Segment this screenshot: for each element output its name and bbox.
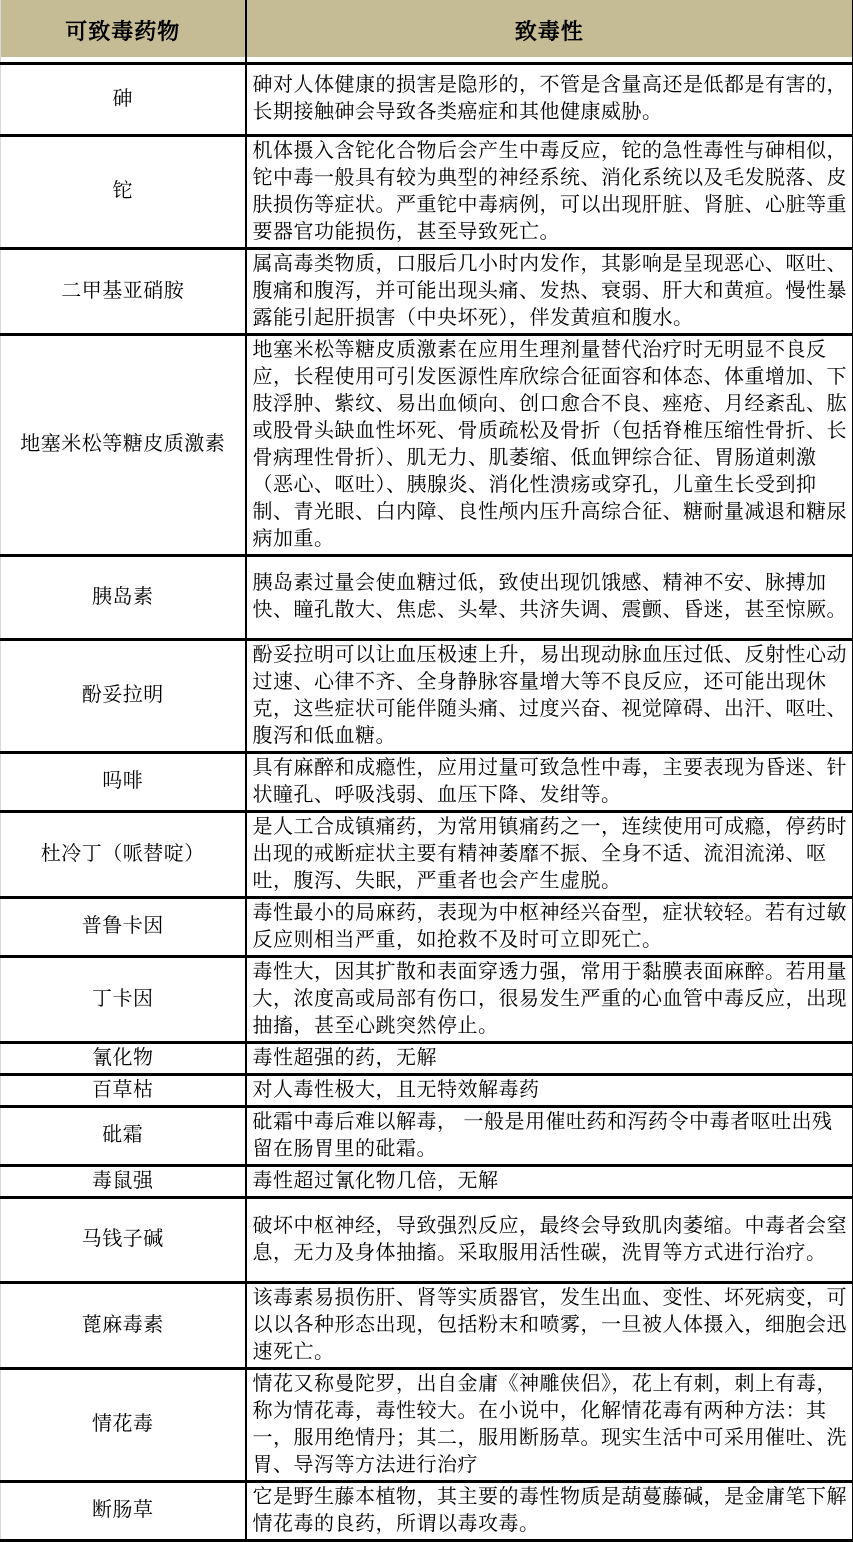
header-toxicity-column: 致毒性: [246, 0, 853, 63]
drug-name-cell: 马钱子碱: [1, 1197, 246, 1282]
toxicity-cell: 酚妥拉明可以让血压极速上升，易出现动脉血压过低、反射性心动过速、心律不齐、全身静…: [246, 639, 853, 752]
table-row: 丁卡因 毒性大，因其扩散和表面穿透力强，常用于黏膜表面麻醉。若用量大，浓度高或局…: [1, 956, 853, 1042]
drug-name-cell: 砷: [1, 63, 246, 135]
drug-name-cell: 地塞米松等糖皮质激素: [1, 334, 246, 555]
toxicity-cell: 砷对人体健康的损害是隐形的，不管是含量高还是低都是有害的，长期接触砷会导致各类癌…: [246, 63, 853, 135]
table-row: 铊 机体摄入含铊化合物后会产生中毒反应，铊的急性毒性与砷相似，铊中毒一般具有较为…: [1, 135, 853, 248]
toxicity-cell: 该毒素易损伤肝、肾等实质器官，发生出血、变性、坏死病变，可以以各种形态出现，包括…: [246, 1282, 853, 1368]
toxicity-cell: 毒性超过氰化物几倍，无解: [246, 1165, 853, 1197]
table-row: 酚妥拉明 酚妥拉明可以让血压极速上升，易出现动脉血压过低、反射性心动过速、心律不…: [1, 639, 853, 752]
table-row: 马钱子碱 破坏中枢神经，导致强烈反应，最终会导致肌肉萎缩。中毒者会窒息，无力及身…: [1, 1197, 853, 1282]
drug-name-cell: 氰化物: [1, 1042, 246, 1074]
drug-name-cell: 杜冷丁（哌替啶）: [1, 811, 246, 897]
toxicity-cell: 具有麻醉和成瘾性，应用过量可致急性中毒，主要表现为昏迷、针状瞳孔、呼吸浅弱、血压…: [246, 752, 853, 811]
drug-name-cell: 胰岛素: [1, 555, 246, 639]
table-row: 二甲基亚硝胺 属高毒类物质，口服后几小时内发作，其影响是呈现恶心、呕吐、腹痛和腹…: [1, 248, 853, 334]
table-row: 杜冷丁（哌替啶） 是人工合成镇痛药，为常用镇痛药之一，连续使用可成瘾，停药时出现…: [1, 811, 853, 897]
table-row: 氰化物 毒性超强的药，无解: [1, 1042, 853, 1074]
drug-name-cell: 铊: [1, 135, 246, 248]
toxicity-cell: 是人工合成镇痛药，为常用镇痛药之一，连续使用可成瘾，停药时出现的戒断症状主要有精…: [246, 811, 853, 897]
toxicity-cell: 对人毒性极大，且无特效解毒药: [246, 1074, 853, 1106]
drug-name-cell: 酚妥拉明: [1, 639, 246, 752]
toxic-drugs-document: 可致毒药物 致毒性 砷 砷对人体健康的损害是隐形的，不管是含量高还是低都是有害的…: [0, 0, 853, 1542]
table-row: 百草枯 对人毒性极大，且无特效解毒药: [1, 1074, 853, 1106]
table-row: 地塞米松等糖皮质激素 地塞米松等糖皮质激素在应用生理剂量替代治疗时无明显不良反应…: [1, 334, 853, 555]
header-drug-column: 可致毒药物: [1, 0, 246, 63]
toxicity-cell: 机体摄入含铊化合物后会产生中毒反应，铊的急性毒性与砷相似，铊中毒一般具有较为典型…: [246, 135, 853, 248]
toxic-drugs-table: 可致毒药物 致毒性 砷 砷对人体健康的损害是隐形的，不管是含量高还是低都是有害的…: [0, 0, 853, 1542]
drug-name-cell: 丁卡因: [1, 956, 246, 1042]
drug-name-cell: 吗啡: [1, 752, 246, 811]
drug-name-cell: 断肠草: [1, 1481, 246, 1540]
toxicity-cell: 毒性大，因其扩散和表面穿透力强，常用于黏膜表面麻醉。若用量大，浓度高或局部有伤口…: [246, 956, 853, 1042]
table-header-row: 可致毒药物 致毒性: [1, 0, 853, 63]
toxicity-cell: 它是野生藤本植物，其主要的毒性物质是葫蔓藤碱，是金庸笔下解情花毒的良药，所谓以毒…: [246, 1481, 853, 1540]
table-row: 胰岛素 胰岛素过量会使血糖过低，致使出现饥饿感、精神不安、脉搏加快、瞳孔散大、焦…: [1, 555, 853, 639]
table-row: 吗啡 具有麻醉和成瘾性，应用过量可致急性中毒，主要表现为昏迷、针状瞳孔、呼吸浅弱…: [1, 752, 853, 811]
drug-name-cell: 百草枯: [1, 1074, 246, 1106]
toxicity-cell: 地塞米松等糖皮质激素在应用生理剂量替代治疗时无明显不良反应，长程使用可引发医源性…: [246, 334, 853, 555]
drug-name-cell: 普鲁卡因: [1, 897, 246, 956]
drug-name-cell: 蓖麻毒素: [1, 1282, 246, 1368]
table-row: 普鲁卡因 毒性最小的局麻药，表现为中枢神经兴奋型，症状较轻。若有过敏反应则相当严…: [1, 897, 853, 956]
table-row: 断肠草 它是野生藤本植物，其主要的毒性物质是葫蔓藤碱，是金庸笔下解情花毒的良药，…: [1, 1481, 853, 1540]
table-row: 砷 砷对人体健康的损害是隐形的，不管是含量高还是低都是有害的，长期接触砷会导致各…: [1, 63, 853, 135]
drug-name-cell: 毒鼠强: [1, 1165, 246, 1197]
table-row: 情花毒 情花又称曼陀罗，出自金庸《神雕侠侣》，花上有刺，刺上有毒，称为情花毒，毒…: [1, 1368, 853, 1481]
toxicity-cell: 砒霜中毒后难以解毒， 一般是用催吐药和泻药令中毒者呕吐出残留在肠胃里的砒霜。: [246, 1106, 853, 1165]
toxicity-cell: 毒性最小的局麻药，表现为中枢神经兴奋型，症状较轻。若有过敏反应则相当严重，如抢救…: [246, 897, 853, 956]
drug-name-cell: 情花毒: [1, 1368, 246, 1481]
table-row: 蓖麻毒素 该毒素易损伤肝、肾等实质器官，发生出血、变性、坏死病变，可以以各种形态…: [1, 1282, 853, 1368]
table-row: 毒鼠强 毒性超过氰化物几倍，无解: [1, 1165, 853, 1197]
table-row: 砒霜 砒霜中毒后难以解毒， 一般是用催吐药和泻药令中毒者呕吐出残留在肠胃里的砒霜…: [1, 1106, 853, 1165]
toxicity-cell: 破坏中枢神经，导致强烈反应，最终会导致肌肉萎缩。中毒者会窒息，无力及身体抽搐。采…: [246, 1197, 853, 1282]
toxicity-cell: 毒性超强的药，无解: [246, 1042, 853, 1074]
toxicity-cell: 情花又称曼陀罗，出自金庸《神雕侠侣》，花上有刺，刺上有毒，称为情花毒，毒性较大。…: [246, 1368, 853, 1481]
drug-name-cell: 二甲基亚硝胺: [1, 248, 246, 334]
toxicity-cell: 胰岛素过量会使血糖过低，致使出现饥饿感、精神不安、脉搏加快、瞳孔散大、焦虑、头晕…: [246, 555, 853, 639]
drug-name-cell: 砒霜: [1, 1106, 246, 1165]
toxicity-cell: 属高毒类物质，口服后几小时内发作，其影响是呈现恶心、呕吐、腹痛和腹泻，并可能出现…: [246, 248, 853, 334]
